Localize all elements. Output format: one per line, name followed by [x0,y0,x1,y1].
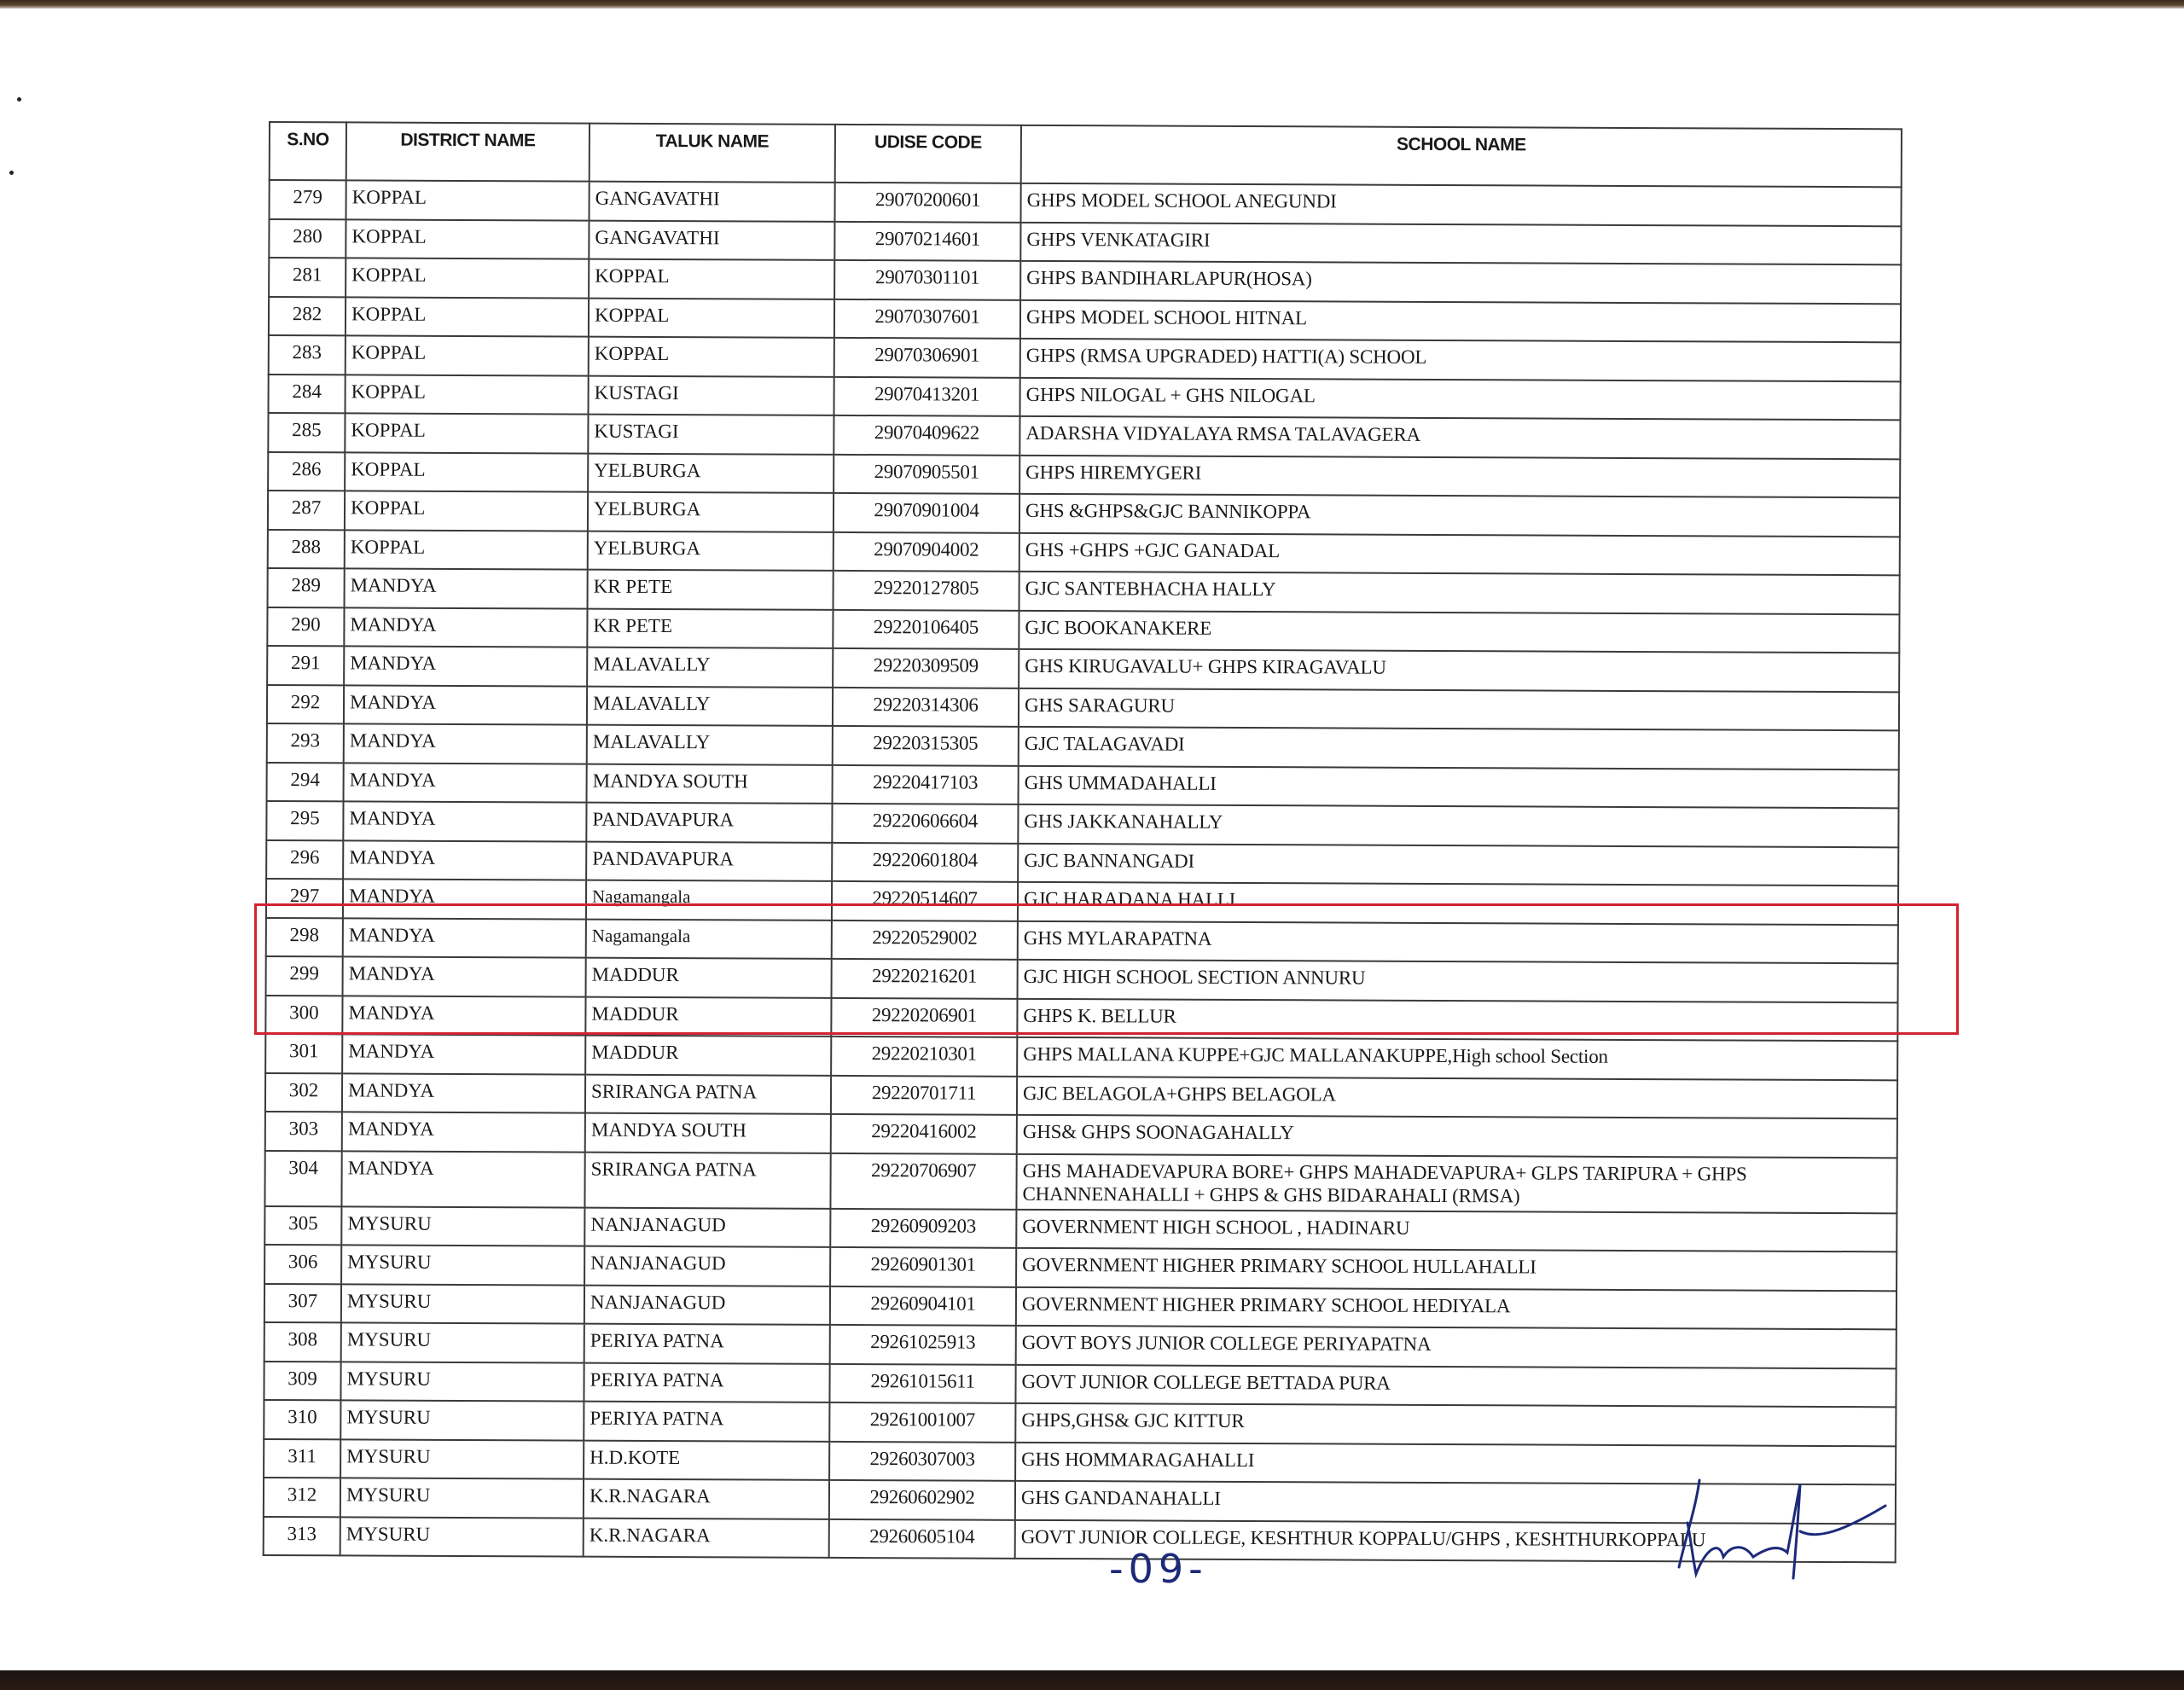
cell-sno: 286 [268,452,345,491]
cell-sno: 301 [265,1034,342,1073]
table-header-row: S.NO DISTRICT NAME TALUK NAME UDISE CODE… [270,122,1902,187]
cell-taluk: NANJANAGUD [584,1207,830,1247]
cell-district: MANDYA [342,1073,585,1113]
cell-school-name: GJC TALAGAVADI [1019,727,1899,770]
cell-school-name: GHS JAKKANAHALLY [1018,804,1898,847]
cell-district: MANDYA [341,1151,584,1207]
cell-school-name: GHPS MODEL SCHOOL HITNAL [1020,299,1901,342]
cell-udise-code: 29220701711 [831,1075,1017,1114]
table-row: 313MYSURUK.R.NAGARA29260605104GOVT JUNIO… [264,1516,1896,1562]
scan-speck [9,171,14,175]
cell-sno: 279 [270,180,346,219]
cell-taluk: K.R.NAGARA [584,1479,829,1519]
cell-taluk: MADDUR [585,1036,831,1076]
cell-school-name: GJC BELAGOLA+GHPS BELAGOLA [1017,1076,1897,1118]
cell-sno: 293 [267,723,344,763]
cell-school-name: GJC BANNANGADI [1018,843,1898,886]
cell-udise-code: 29260602902 [829,1480,1015,1519]
cell-school-name: GJC SANTEBHACHA HALLY [1019,572,1900,614]
cell-district: MANDYA [344,646,587,686]
cell-sno: 305 [264,1205,341,1245]
cell-udise-code: 29070301101 [834,260,1020,299]
scan-speck [17,97,21,102]
cell-sno: 288 [268,529,345,568]
cell-school-name: GHPS MALLANA KUPPE+GJC MALLANAKUPPE,High… [1017,1037,1897,1080]
cell-udise-code: 29070306901 [834,338,1020,377]
cell-sno: 290 [267,607,344,646]
cell-taluk: PANDAVAPURA [586,841,832,881]
cell-school-name: GOVERNMENT HIGHER PRIMARY SCHOOL HEDIYAL… [1016,1286,1896,1329]
cell-district: KOPPAL [345,491,588,531]
column-header-sno: S.NO [270,122,346,180]
cell-district: KOPPAL [346,335,589,375]
cell-udise-code: 29220417103 [833,764,1019,804]
cell-udise-code: 29070200601 [834,183,1020,222]
scan-edge-bottom [0,1670,2184,1690]
cell-sno: 295 [266,801,343,840]
highlight-box-maddur-rows [254,903,1959,1035]
cell-taluk: YELBURGA [588,531,834,571]
cell-udise-code: 29260904101 [830,1286,1016,1325]
cell-udise-code: 29070413201 [834,376,1020,415]
cell-district: MANDYA [344,763,587,803]
cell-school-name: GOVT BOYS JUNIOR COLLEGE PERIYAPATNA [1016,1326,1896,1368]
cell-taluk: PERIYA PATNA [584,1402,829,1442]
cell-district: MYSURU [340,1362,584,1402]
cell-udise-code: 29070214601 [834,221,1020,260]
cell-school-name: GHS KIRUGAVALU+ GHPS KIRAGAVALU [1019,649,1899,692]
cell-taluk: MANDYA SOUTH [587,764,833,804]
cell-udise-code: 29220309509 [833,648,1019,688]
cell-district: MANDYA [344,685,587,725]
cell-school-name: GHS MAHADEVAPURA BORE+ GHPS MAHADEVAPURA… [1016,1153,1896,1213]
cell-district: KOPPAL [345,530,588,570]
cell-district: KOPPAL [346,219,589,259]
cell-sno: 306 [264,1245,341,1284]
cell-district: MYSURU [341,1245,584,1285]
cell-sno: 281 [269,258,346,297]
cell-school-name: GHS SARAGURU [1019,688,1899,730]
cell-udise-code: 29070901004 [834,493,1019,532]
cell-taluk: K.R.NAGARA [584,1518,829,1558]
cell-sno: 308 [264,1322,341,1362]
cell-sno: 313 [264,1516,340,1555]
cell-sno: 309 [264,1361,340,1400]
cell-sno: 289 [268,568,345,607]
cell-taluk: KR PETE [587,608,833,648]
cell-udise-code: 29220210301 [831,1037,1017,1076]
cell-taluk: KOPPAL [589,259,834,299]
cell-udise-code: 29070904002 [834,531,1019,571]
cell-udise-code: 29261015611 [829,1363,1015,1403]
cell-school-name: GHS& GHPS SOONAGAHALLY [1017,1115,1897,1158]
cell-district: MANDYA [343,801,586,841]
cell-district: MANDYA [344,723,587,764]
cell-udise-code: 29220416002 [831,1114,1017,1153]
cell-sno: 302 [265,1072,342,1112]
cell-school-name: GHPS NILOGAL + GHS NILOGAL [1019,377,1900,420]
cell-district: MYSURU [341,1206,584,1246]
signature-icon [1672,1472,1971,1583]
cell-taluk: H.D.KOTE [584,1440,829,1480]
cell-school-name: GJC BOOKANAKERE [1019,610,1899,653]
cell-udise-code: 29260307003 [829,1441,1015,1480]
cell-district: KOPPAL [346,180,589,220]
cell-udise-code: 29261025913 [830,1325,1016,1364]
cell-udise-code: 29220314306 [833,687,1019,726]
cell-taluk: NANJANAGUD [584,1246,830,1286]
column-header-district: DISTRICT NAME [346,122,590,181]
cell-taluk: MALAVALLY [587,725,833,765]
cell-taluk: SRIRANGA PATNA [584,1152,830,1208]
cell-sno: 311 [264,1438,340,1478]
cell-taluk: MALAVALLY [587,686,833,726]
cell-school-name: GHPS VENKATAGIRI [1020,222,1901,264]
cell-district: MANDYA [342,1034,585,1074]
cell-district: MYSURU [340,1478,584,1518]
cell-district: MYSURU [341,1284,584,1324]
cell-school-name: ADARSHA VIDYALAYA RMSA TALAVAGERA [1019,416,1900,459]
cell-udise-code: 29220706907 [830,1153,1016,1209]
column-header-taluk: TALUK NAME [590,124,835,183]
cell-udise-code: 29260605104 [829,1519,1015,1558]
table-row: 304MANDYASRIRANGA PATNA29220706907GHS MA… [264,1150,1896,1212]
cell-taluk: NANJANAGUD [584,1285,830,1325]
cell-sno: 304 [264,1150,341,1205]
cell-udise-code: 29220606604 [832,804,1018,843]
cell-sno: 283 [269,335,346,375]
cell-sno: 312 [264,1478,340,1517]
column-header-udise: UDISE CODE [835,125,1021,183]
cell-taluk: GANGAVATHI [589,220,834,260]
cell-school-name: GHS UMMADAHALLI [1019,765,1899,808]
cell-sno: 291 [267,646,344,685]
cell-school-name: GHS &GHPS&GJC BANNIKOPPA [1019,494,1900,537]
cell-district: MYSURU [340,1400,584,1440]
cell-school-name: GOVERNMENT HIGHER PRIMARY SCHOOL HULLAHA… [1016,1248,1896,1291]
cell-district: MANDYA [343,840,586,880]
cell-taluk: PERIYA PATNA [584,1324,830,1364]
cell-udise-code: 29260909203 [830,1208,1016,1247]
cell-udise-code: 29261001007 [829,1403,1015,1442]
cell-taluk: GANGAVATHI [589,182,834,222]
cell-sno: 280 [269,219,346,258]
cell-district: MANDYA [344,607,587,648]
cell-district: KOPPAL [346,258,589,298]
cell-taluk: KUSTAGI [588,415,834,455]
cell-sno: 282 [269,297,346,336]
cell-school-name: GOVT JUNIOR COLLEGE BETTADA PURA [1015,1364,1896,1407]
cell-taluk: KOPPAL [589,337,834,377]
cell-sno: 292 [267,684,344,723]
cell-sno: 310 [264,1400,340,1439]
cell-sno: 284 [269,375,346,414]
cell-taluk: YELBURGA [588,453,834,493]
cell-udise-code: 29070905501 [834,454,1019,493]
cell-district: MYSURU [340,1439,584,1479]
cell-district: MANDYA [345,568,588,608]
cell-taluk: SRIRANGA PATNA [585,1074,831,1114]
cell-taluk: YELBURGA [588,492,834,532]
school-list-table: S.NO DISTRICT NAME TALUK NAME UDISE CODE… [263,121,1902,1563]
cell-udise-code: 29220601804 [832,842,1018,881]
cell-taluk: KR PETE [588,570,834,610]
cell-school-name: GHPS,GHS& GJC KITTUR [1015,1403,1896,1446]
cell-school-name: GHPS HIREMYGERI [1019,455,1900,497]
cell-school-name: GOVERNMENT HIGH SCHOOL , HADINARU [1016,1209,1896,1252]
handwritten-page-number: -09- [1109,1546,1208,1592]
cell-school-name: GHPS (RMSA UPGRADED) HATTI(A) SCHOOL [1020,339,1901,381]
cell-taluk: PERIYA PATNA [584,1362,829,1403]
cell-taluk: PANDAVAPURA [586,803,832,843]
cell-taluk: MANDYA SOUTH [585,1113,831,1153]
cell-district: MYSURU [340,1517,584,1557]
cell-sno: 287 [268,491,345,530]
cell-sno: 294 [267,762,344,801]
cell-district: KOPPAL [346,375,589,415]
cell-sno: 307 [264,1283,341,1322]
cell-udise-code: 29070409622 [834,415,1019,455]
cell-district: KOPPAL [345,452,588,492]
cell-school-name: GHPS MODEL SCHOOL ANEGUNDI [1020,183,1901,226]
cell-sno: 303 [265,1112,342,1151]
cell-district: KOPPAL [346,297,589,337]
cell-school-name: GHS +GHPS +GJC GANADAL [1019,532,1900,575]
cell-district: MANDYA [342,1112,585,1152]
cell-udise-code: 29260901301 [830,1247,1016,1286]
cell-udise-code: 29220127805 [834,571,1019,610]
cell-sno: 285 [268,413,345,452]
cell-taluk: KOPPAL [589,298,834,338]
cell-udise-code: 29220315305 [833,726,1019,765]
scan-edge-top [0,0,2184,9]
column-header-school: SCHOOL NAME [1021,125,1902,188]
cell-district: MYSURU [341,1322,584,1362]
cell-udise-code: 29220106405 [833,609,1019,648]
cell-district: KOPPAL [345,413,588,453]
cell-taluk: MALAVALLY [587,648,833,688]
cell-taluk: KUSTAGI [589,375,834,415]
cell-udise-code: 29070307601 [834,299,1020,338]
cell-sno: 296 [266,839,343,879]
cell-school-name: GHPS BANDIHARLAPUR(HOSA) [1020,261,1901,304]
